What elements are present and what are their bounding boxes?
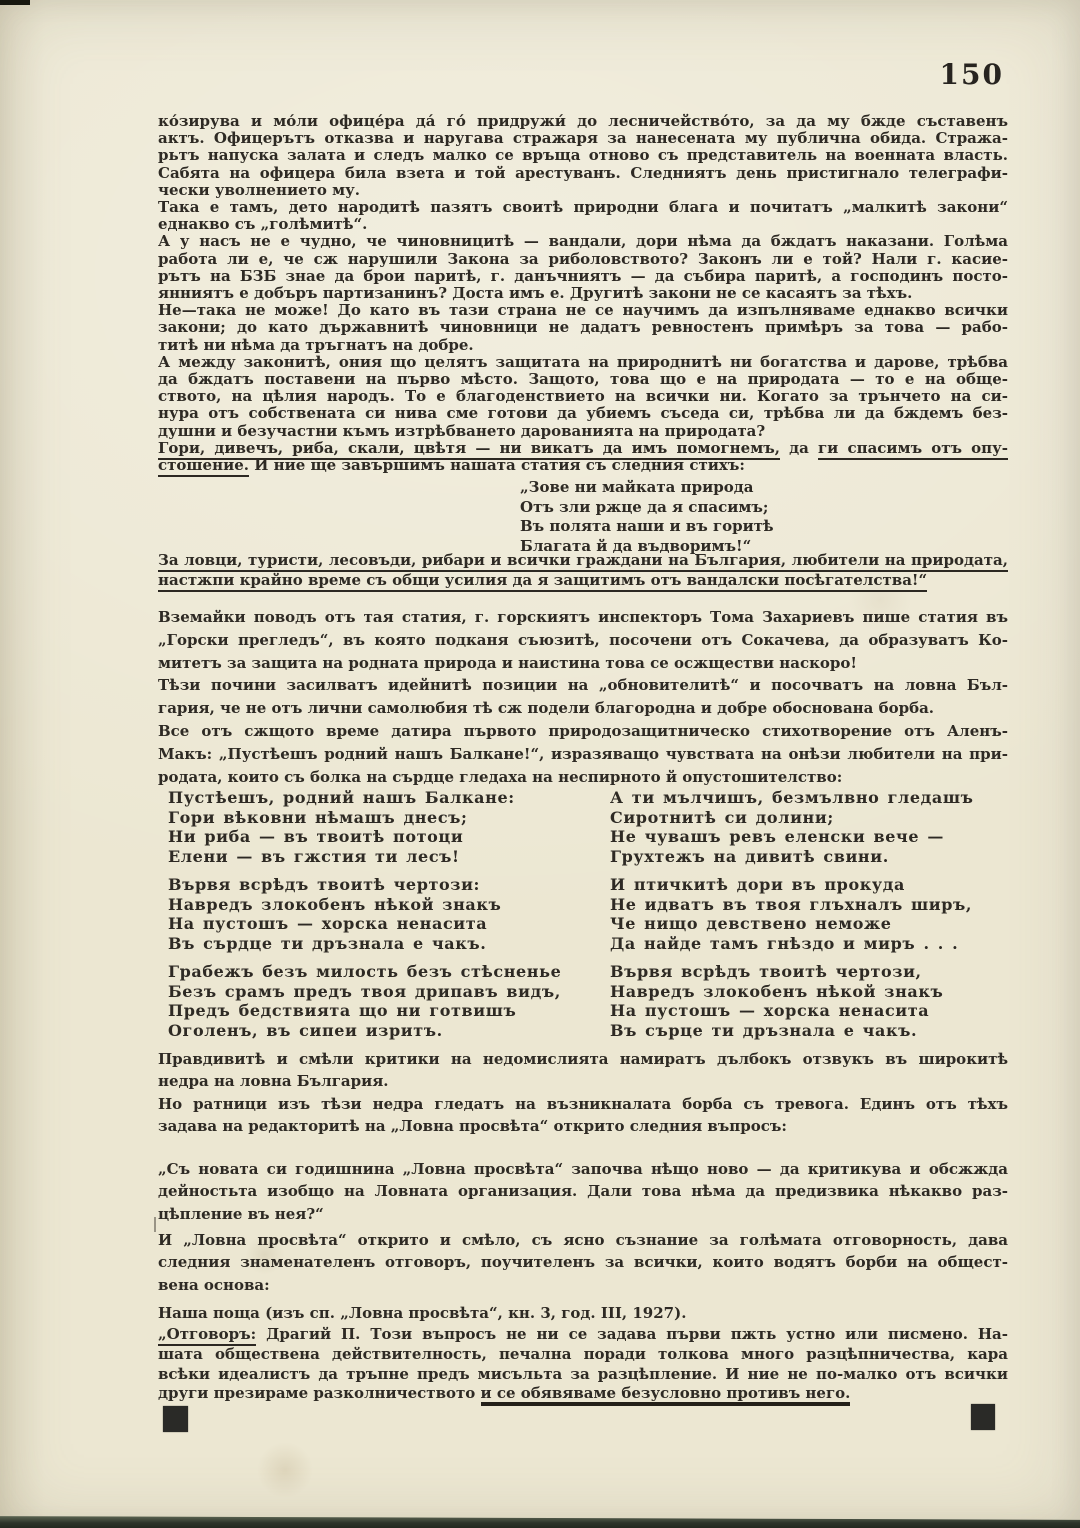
text-line: чески уволнението му. [158, 182, 1008, 199]
text-segment: И птичкитѣ дори въ прокуда [610, 875, 905, 894]
text-line: А у насъ не е чудно, че чиновницитѣ — ва… [158, 233, 1008, 250]
text-segment: рътъ на БЗБ знае да брои паритѣ, г. данъ… [158, 267, 1008, 285]
underlined-text: стошение. [158, 456, 249, 477]
text-line: Но ратници изъ тѣзи недра гледатъ на въз… [158, 1093, 1008, 1115]
text-segment: Пустѣешъ, родний нашъ Балкане: [168, 788, 515, 807]
text-line: Вземайки поводъ отъ тая статия, г. горск… [158, 606, 1008, 629]
text-segment: Сабята на офицера била взета и той арест… [158, 164, 1008, 182]
scan-edge-band [0, 1511, 1080, 1528]
text-segment: „Зове ни майката природа [520, 478, 753, 496]
text-line: недра на ловна България. [158, 1070, 1008, 1092]
text-line: Вървя всрѣдъ твоитѣ чертози: [168, 875, 561, 895]
text-segment: други презираме разколничеството [158, 1384, 481, 1402]
text-line: шата обществена действителность, печална… [158, 1345, 1008, 1365]
text-segment: Че нищо девствено неможе [610, 914, 892, 933]
text-line: Тѣзи почини засилватъ идейнитѣ позиции н… [158, 674, 1008, 697]
text-line: „Горски прегледъ“, въ която подканя съюз… [158, 629, 1008, 652]
text-segment: На пустошъ — хорска ненасита [610, 1001, 929, 1020]
text-line: рьтъ напуска залата и следъ малко се връ… [158, 147, 1008, 164]
poem-stanza: И птичкитѣ дори въ прокудаНе идватъ въ т… [610, 875, 974, 953]
text-line: Въ сърце ти дръзнала е чакъ. [610, 1021, 974, 1041]
text-line: следния знаменателенъ отговоръ, поучител… [158, 1251, 1008, 1273]
text-line: гария, че не отъ лични самолюбия тѣ сж п… [158, 697, 1008, 720]
text-line: закони; до като държавнитѣ чиновници не … [158, 319, 1008, 336]
text-segment: Не чувашъ ревъ еленски вече — [610, 827, 944, 846]
text-line: ството, на цѣлия народъ. То е благоденст… [158, 388, 1008, 405]
text-line: Пустѣешъ, родний нашъ Балкане: [168, 788, 561, 808]
text-segment: задава на редакторитѣ на „Ловна просвѣта… [158, 1117, 787, 1135]
text-line: задава на редакторитѣ на „Ловна просвѣта… [158, 1115, 1008, 1137]
underlined-text: „Отговоръ: [158, 1325, 256, 1346]
text-line: Не—така не може! До като въ тази страна … [158, 302, 1008, 319]
text-line: И птичкитѣ дори въ прокуда [610, 875, 974, 895]
text-segment: митетъ за защита на родната природа и на… [158, 654, 857, 672]
text-line: Безъ срамъ предъ твоя дрипавъ видъ, [168, 982, 561, 1002]
text-line: Сиротнитѣ си долини; [610, 808, 974, 828]
text-line: Предъ бедствията що ни готвишъ [168, 1001, 561, 1021]
text-line: Навредъ злокобенъ нѣкой знакъ [168, 895, 561, 915]
text-line: Гори вѣковни нѣмашъ днесъ; [168, 808, 561, 828]
text-segment: Въ полята наши и въ горитѣ [520, 517, 774, 535]
text-line: всѣки идеалистъ да тръпне предъ мисъльта… [158, 1365, 1008, 1385]
poem-stanza: Пустѣешъ, родний нашъ Балкане:Гори вѣков… [168, 788, 561, 866]
text-segment: рьтъ напуска залата и следъ малко се връ… [158, 146, 1008, 164]
text-line: рътъ на БЗБ знае да брои паритѣ, г. данъ… [158, 268, 1008, 285]
text-line: душни и безучастни къмъ изтрѣбването дар… [158, 423, 1008, 440]
text-segment: Навредъ злокобенъ нѣкой знакъ [168, 895, 501, 914]
poem-stanza: А ти мълчишъ, безмълвно гледашъСиротнитѣ… [610, 788, 974, 866]
registration-mark-left [163, 1406, 188, 1432]
text-segment: Елени — въ гжстия ти лесъ! [168, 847, 460, 866]
text-line: Елени — въ гжстия ти лесъ! [168, 847, 561, 867]
text-segment: А у насъ не е чудно, че чиновницитѣ — ва… [158, 232, 1008, 250]
text-line: На пустошъ — хорска ненасита [168, 914, 561, 934]
underlined-text: и се обявяваме безусловно противъ него. [481, 1384, 851, 1406]
text-segment: нура отъ собствената си нива сме готови … [158, 404, 1008, 422]
text-line: Не идватъ въ твоя глъхналъ ширъ, [610, 895, 974, 915]
text-segment: работа ли е, че сж нарушили Закона за ри… [158, 250, 1008, 268]
text-segment: титѣ ни нѣма да тръгнатъ на добре. [158, 336, 474, 354]
text-segment: Вървя всрѣдъ твоитѣ чертози: [168, 875, 480, 894]
scanned-book-page: 150 ко́зирува и мо́ли офице́ра да́ го́ п… [0, 0, 1080, 1528]
text-line: еднакво съ „голѣмитѣ“. [158, 216, 1008, 233]
text-line: настжпи крайно време съ общи усилия да я… [158, 571, 1008, 591]
text-segment: вена основа: [158, 1276, 270, 1294]
text-segment: Отъ зли ржце да я спасимъ; [520, 498, 768, 516]
paragraph-block-officer-story: ко́зирува и мо́ли офице́ра да́ го́ придр… [158, 113, 1008, 474]
text-segment: душни и безучастни къмъ изтрѣбването дар… [158, 422, 765, 440]
text-segment: ството, на цѣлия народъ. То е благоденст… [158, 387, 1008, 405]
text-segment: Навредъ злокобенъ нѣкой знакъ [610, 982, 943, 1001]
text-segment: Вървя всрѣдъ твоитѣ чертози, [610, 962, 922, 981]
text-segment: гария, че не отъ лични самолюбия тѣ сж п… [158, 699, 934, 717]
text-segment: А между законитѣ, ония що целятъ защитат… [158, 353, 1008, 371]
poem-column: Пустѣешъ, родний нашъ Балкане:Гори вѣков… [168, 788, 561, 1049]
text-segment: Правдивитѣ и смѣли критики на недомислия… [158, 1050, 1008, 1068]
text-line: Наша поща (изъ сп. „Ловна просвѣта“, кн.… [158, 1303, 1008, 1323]
text-segment: шата обществена действителность, печална… [158, 1345, 1008, 1363]
text-line: Грабежъ безъ милость безъ стѣсненье [168, 962, 561, 982]
text-line: Гори, дивечъ, риба, скали, цвѣтя — ни ви… [158, 440, 1008, 457]
text-line: Въ полята наши и въ горитѣ [520, 517, 1080, 537]
text-line: работа ли е, че сж нарушили Закона за ри… [158, 251, 1008, 268]
paragraph-block-zahariev: Вземайки поводъ отъ тая статия, г. горск… [158, 606, 1008, 788]
text-line: титѣ ни нѣма да тръгнатъ на добре. [158, 337, 1008, 354]
text-segment: Макъ: „Пустѣешъ родний нашъ Балкане!“, и… [158, 745, 1008, 763]
text-segment: Предъ бедствията що ни готвишъ [168, 1001, 516, 1020]
text-segment: Въ сърдце ти дръзнала е чакъ. [168, 934, 486, 953]
text-line: Все отъ сжщото време датира първото прир… [158, 720, 1008, 743]
poem-stanza: Вървя всрѣдъ твоитѣ чертози:Навредъ злок… [168, 875, 561, 953]
paragraph-block-question: „Съ новата си годишнина „Ловна просвѣта“… [158, 1158, 1008, 1225]
text-segment: ко́зирува и мо́ли офице́ра да́ го́ придр… [158, 112, 1008, 130]
appeal-underlined: За ловци, туристи, лесовъди, рибари и вс… [158, 551, 1008, 590]
text-line: Да найде тамъ гнѣздо и миръ . . . [610, 934, 974, 954]
text-line: „Съ новата си годишнина „Ловна просвѣта“… [158, 1158, 1008, 1180]
text-segment: родата, които съ болка на сърдце гледаха… [158, 768, 842, 786]
text-segment: Да найде тамъ гнѣздо и миръ . . . [610, 934, 958, 953]
text-segment: Въ сърце ти дръзнала е чакъ. [610, 1021, 917, 1040]
text-line: Правдивитѣ и смѣли критики на недомислия… [158, 1048, 1008, 1070]
text-line: нура отъ собствената си нива сме готови … [158, 405, 1008, 422]
paragraph-block-critics: Правдивитѣ и смѣли критики на недомислия… [158, 1048, 1008, 1138]
verse-quote-mother-nature: „Зове ни майката природаОтъ зли ржце да … [158, 478, 1080, 556]
underlined-text: За ловци, туристи, лесовъди, рибари и вс… [158, 551, 1008, 572]
text-segment: „Горски прегледъ“, въ която подканя съюз… [158, 631, 1008, 649]
text-line: да бждатъ поставени на първо мѣсто. Защо… [158, 371, 1008, 388]
text-line: Че нищо девствено неможе [610, 914, 974, 934]
text-line: Въ сърдце ти дръзнала е чакъ. [168, 934, 561, 954]
text-segment: Ни риба — въ твоитѣ потоци [168, 827, 463, 846]
text-segment: Грухтежъ на дивитѣ свини. [610, 847, 889, 866]
text-segment: Така е тамъ, дето народитѣ пазятъ своитѣ… [158, 198, 1008, 216]
text-segment: да [780, 439, 818, 457]
text-line: митетъ за защита на родната природа и на… [158, 652, 1008, 675]
text-segment: дейностьта изобщо на Ловната организация… [158, 1182, 1008, 1200]
text-line: други презираме разколничеството и се об… [158, 1384, 1008, 1404]
text-line: Не чувашъ ревъ еленски вече — [610, 827, 974, 847]
paragraph-nasha-poshta: Наша поща (изъ сп. „Ловна просвѣта“, кн.… [158, 1303, 1008, 1323]
paragraph-block-answer: „Отговоръ: Драгий П. Този въпросъ не ни … [158, 1325, 1008, 1404]
page-number: 150 [940, 58, 1004, 91]
text-line: Навредъ злокобенъ нѣкой знакъ [610, 982, 974, 1002]
registration-mark-right [971, 1404, 995, 1430]
text-line: И „Ловна просвѣта“ открито и смѣло, съ я… [158, 1229, 1008, 1251]
text-segment: Безъ срамъ предъ твоя дрипавъ видъ, [168, 982, 561, 1001]
poem-balkan-two-columns: Пустѣешъ, родний нашъ Балкане:Гори вѣков… [158, 788, 1008, 1043]
poem-stanza: Грабежъ безъ милость безъ стѣсненьеБезъ … [168, 962, 561, 1040]
text-segment: Наша поща (изъ сп. „Ловна просвѣта“, кн.… [158, 1304, 686, 1322]
text-segment: Но ратници изъ тѣзи недра гледатъ на въз… [158, 1095, 1008, 1113]
underlined-text: настжпи крайно време съ общи усилия да я… [158, 571, 927, 592]
text-segment: Вземайки поводъ отъ тая статия, г. горск… [158, 608, 1008, 626]
text-segment: А ти мълчишъ, безмълвно гледашъ [610, 788, 974, 807]
text-segment: „Съ новата си годишнина „Ловна просвѣта“… [158, 1160, 1008, 1178]
text-line: Така е тамъ, дето народитѣ пазятъ своитѣ… [158, 199, 1008, 216]
poem-stanza: Вървя всрѣдъ твоитѣ чертози,Навредъ злок… [610, 962, 974, 1040]
text-segment: чески уволнението му. [158, 181, 360, 199]
text-line: Отъ зли ржце да я спасимъ; [520, 498, 1080, 518]
text-segment: цѣпление въ нея?“ [158, 1205, 324, 1223]
text-line: цѣпление въ нея?“ [158, 1203, 1008, 1225]
text-segment: Гори вѣковни нѣмашъ днесъ; [168, 808, 468, 827]
text-segment: Не идватъ въ твоя глъхналъ ширъ, [610, 895, 972, 914]
text-line: актъ. Офицерътъ отказва и наругава страж… [158, 130, 1008, 147]
underlined-text: ги спасимъ отъ опу- [818, 439, 1008, 460]
text-line: „Зове ни майката природа [520, 478, 1080, 498]
text-segment: И „Ловна просвѣта“ открито и смѣло, съ я… [158, 1231, 1008, 1249]
paragraph-block-answer-intro: И „Ловна просвѣта“ открито и смѣло, съ я… [158, 1229, 1008, 1296]
text-line: янниятъ е добъръ партизанинъ? Доста имъ … [158, 285, 1008, 302]
text-segment: следния знаменателенъ отговоръ, поучител… [158, 1253, 1008, 1271]
text-segment: Грабежъ безъ милость безъ стѣсненье [168, 962, 561, 981]
text-segment: да бждатъ поставени на първо мѣсто. Защо… [158, 370, 1008, 388]
text-line: Оголенъ, въ сипеи изритъ. [168, 1021, 561, 1041]
scan-corner-artifact [0, 0, 30, 5]
text-segment: закони; до като държавнитѣ чиновници не … [158, 318, 1008, 336]
text-line: За ловци, туристи, лесовъди, рибари и вс… [158, 551, 1008, 571]
text-line: вена основа: [158, 1274, 1008, 1296]
text-segment: Тѣзи почини засилватъ идейнитѣ позиции н… [158, 676, 1008, 694]
text-segment: Оголенъ, въ сипеи изритъ. [168, 1021, 443, 1040]
text-line: родата, които съ болка на сърдце гледаха… [158, 766, 1008, 789]
text-segment: Драгий П. Този въпросъ не ни се задава п… [256, 1325, 1008, 1343]
text-line: Сабята на офицера била взета и той арест… [158, 165, 1008, 182]
text-segment: Все отъ сжщото време датира първото прир… [158, 722, 1008, 740]
text-line: Вървя всрѣдъ твоитѣ чертози, [610, 962, 974, 982]
text-line: ко́зирува и мо́ли офице́ра да́ го́ придр… [158, 113, 1008, 130]
margin-pencil-mark [154, 1217, 156, 1232]
text-line: А между законитѣ, ония що целятъ защитат… [158, 354, 1008, 371]
text-segment: янниятъ е добъръ партизанинъ? Доста имъ … [158, 284, 912, 302]
text-line: А ти мълчишъ, безмълвно гледашъ [610, 788, 974, 808]
text-line: Грухтежъ на дивитѣ свини. [610, 847, 974, 867]
text-segment: И ние ще завършимъ нашата статия съ след… [249, 456, 745, 474]
text-segment: Не—така не може! До като въ тази страна … [158, 301, 1008, 319]
text-segment: еднакво съ „голѣмитѣ“. [158, 215, 367, 233]
text-line: На пустошъ — хорска ненасита [610, 1001, 974, 1021]
text-segment: Сиротнитѣ си долини; [610, 808, 834, 827]
text-segment: всѣки идеалистъ да тръпне предъ мисъльта… [158, 1365, 1008, 1383]
text-segment: актъ. Офицерътъ отказва и наругава страж… [158, 129, 1008, 147]
text-line: „Отговоръ: Драгий П. Този въпросъ не ни … [158, 1325, 1008, 1345]
text-line: Макъ: „Пустѣешъ родний нашъ Балкане!“, и… [158, 743, 1008, 766]
text-line: дейностьта изобщо на Ловната организация… [158, 1180, 1008, 1202]
poem-column: А ти мълчишъ, безмълвно гледашъСиротнитѣ… [610, 788, 974, 1049]
text-line: Ни риба — въ твоитѣ потоци [168, 827, 561, 847]
text-segment: На пустошъ — хорска ненасита [168, 914, 487, 933]
text-segment: недра на ловна България. [158, 1072, 389, 1090]
